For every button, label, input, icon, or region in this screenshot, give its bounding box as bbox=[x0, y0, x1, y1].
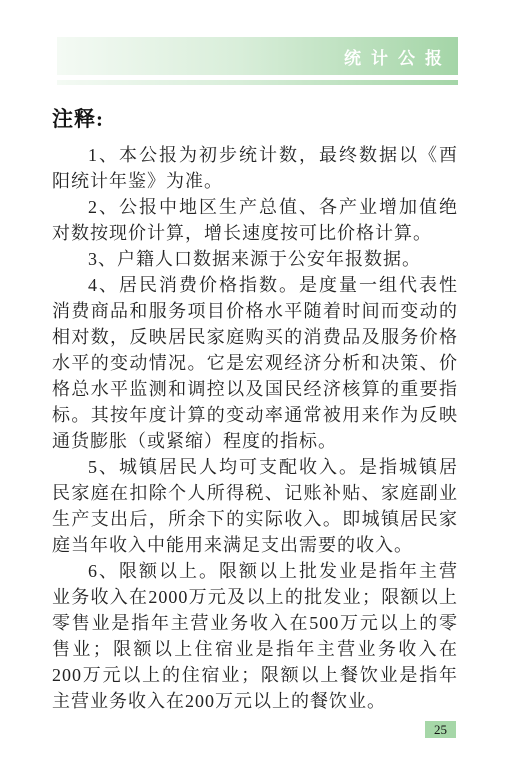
note-paragraph-2: 2、公报中地区生产总值、各产业增加值绝对数按现价计算，增长速度按可比价格计算。 bbox=[52, 194, 458, 246]
header-banner: 统计公报 bbox=[57, 37, 458, 75]
document-page: 统计公报 注释: 1、本公报为初步统计数，最终数据以《酉阳统计年鉴》为准。 2、… bbox=[0, 0, 511, 775]
note-paragraph-3: 3、户籍人口数据来源于公安年报数据。 bbox=[52, 246, 458, 272]
page-number-badge: 25 bbox=[425, 721, 456, 738]
notes-heading: 注释: bbox=[52, 105, 458, 133]
notes-section: 注释: 1、本公报为初步统计数，最终数据以《酉阳统计年鉴》为准。 2、公报中地区… bbox=[52, 105, 458, 714]
note-paragraph-1: 1、本公报为初步统计数，最终数据以《酉阳统计年鉴》为准。 bbox=[52, 142, 458, 194]
note-paragraph-6: 6、限额以上。限额以上批发业是指年主营业务收入在2000万元及以上的批发业；限额… bbox=[52, 558, 458, 714]
note-paragraph-5: 5、城镇居民人均可支配收入。是指城镇居民家庭在扣除个人所得税、记账补贴、家庭副业… bbox=[52, 454, 458, 558]
note-paragraph-4: 4、居民消费价格指数。是度量一组代表性消费商品和服务项目价格水平随着时间而变动的… bbox=[52, 272, 458, 454]
header-divider bbox=[57, 80, 458, 85]
header-banner-title: 统计公报 bbox=[344, 44, 452, 69]
